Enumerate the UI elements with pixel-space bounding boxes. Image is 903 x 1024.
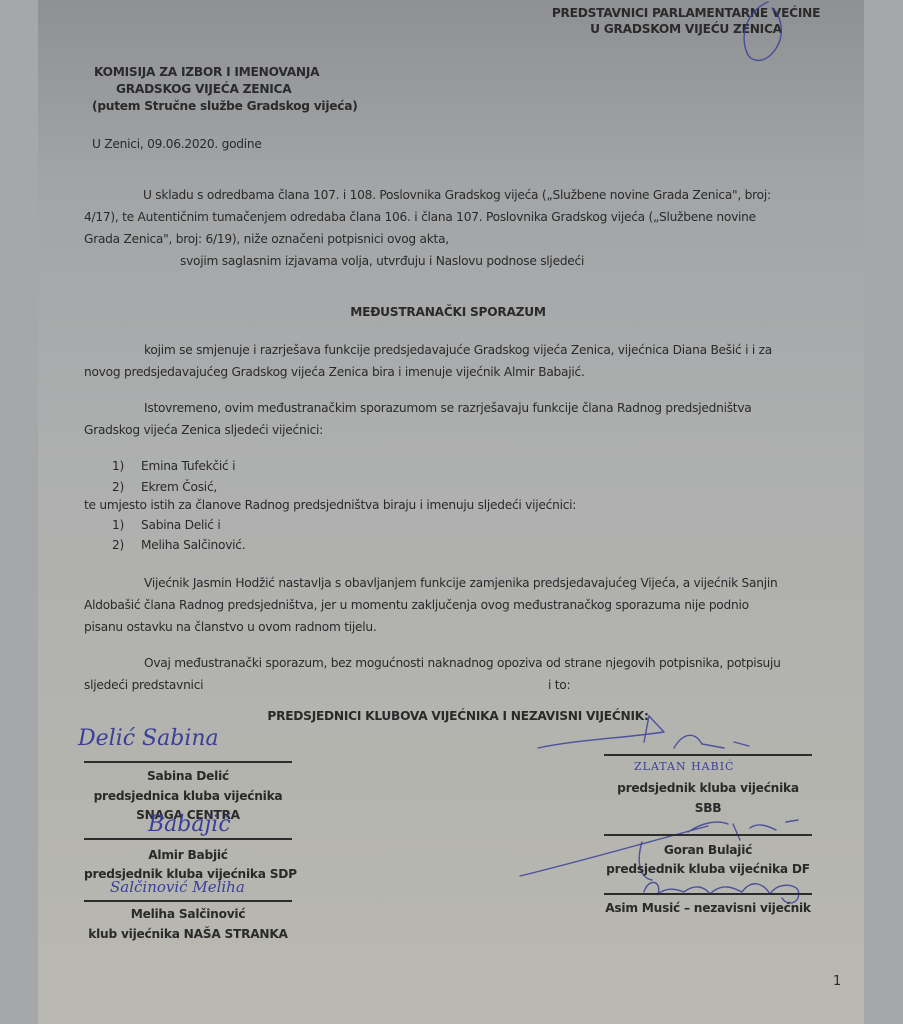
para2-line1: Istovremeno, ovim međustranačkim sporazu… <box>144 400 752 416</box>
para3-line2: Aldobašić člana Radnog predsjedništva, j… <box>84 597 749 613</box>
recipient-line1: KOMISIJA ZA IZBOR I IMENOVANJA <box>94 64 319 80</box>
list-item: Emina Tufekčić i <box>141 458 235 474</box>
signature-line <box>84 838 292 840</box>
header-right-line2: U GRADSKOM VIJEĆU ZENICA <box>536 21 836 37</box>
para2-line2: Gradskog vijeća Zenica sljedeći vijećnic… <box>84 422 323 438</box>
signature-line <box>604 834 812 836</box>
para1-line2: novog predsjedavajućeg Gradskog vijeća Z… <box>84 364 585 380</box>
handwritten-signature: Delić Sabina <box>78 726 219 751</box>
para4-line1: Ovaj međustranački sporazum, bez mogućno… <box>144 655 781 671</box>
document-title: MEĐUSTRANAČKI SPORAZUM <box>278 304 618 320</box>
intro-line4: svojim saglasnim izjavama volja, utvrđuj… <box>180 253 584 269</box>
list-item: Meliha Salčinović. <box>141 537 245 553</box>
list-item-number: 2) <box>112 537 124 553</box>
signatory-role: predsjednik kluba vijećnika <box>594 780 822 796</box>
signature-line <box>604 893 812 895</box>
list-item: Sabina Delić i <box>141 517 221 533</box>
list-item-number: 2) <box>112 479 124 495</box>
para4-line2a: sljedeći predstavnici <box>84 677 203 693</box>
handwritten-signature: Babajić <box>148 812 231 837</box>
list-item: Ekrem Čosić, <box>141 479 217 495</box>
para4-line2b: i to: <box>548 677 570 693</box>
signatory-role: klub vijećnika NAŠA STRANKA <box>84 926 292 942</box>
intro-line3: Grada Zenica", broj: 6/19), niže označen… <box>84 231 449 247</box>
recipient-line3: (putem Stručne službe Gradskog vijeća) <box>92 98 358 114</box>
intro-line1: U skladu s odredbama člana 107. i 108. P… <box>143 187 771 203</box>
signature-line <box>604 754 812 756</box>
handwritten-name: ZLATAN HABIĆ <box>634 760 734 773</box>
signatory-name: Sabina Delić <box>84 768 292 784</box>
recipient-line2: GRADSKOG VIJEĆA ZENICA <box>116 81 291 97</box>
para3-line3: pisanu ostavku na članstvo u ovom radnom… <box>84 619 376 635</box>
para3-line1: Vijećnik Jasmin Hodžić nastavlja s obavl… <box>144 575 777 591</box>
signatory-name: Goran Bulajić <box>594 842 822 858</box>
date-line: U Zenici, 09.06.2020. godine <box>92 136 262 152</box>
para1-line1: kojim se smjenuje i razrješava funkcije … <box>144 342 772 358</box>
signature-line <box>84 900 292 902</box>
handwritten-signature-icon <box>534 712 764 757</box>
signatory-name: Asim Musić – nezavisni vijećnik <box>594 900 822 916</box>
page-number: 1 <box>833 974 841 990</box>
list-item-number: 1) <box>112 517 124 533</box>
header-right-line1: PREDSTAVNICI PARLAMENTARNE VEĆINE <box>536 5 836 21</box>
intro-line2: 4/17), te Autentičnim tumačenjem odredab… <box>84 209 756 225</box>
list-item-number: 1) <box>112 458 124 474</box>
document-page: PREDSTAVNICI PARLAMENTARNE VEĆINE U GRAD… <box>38 0 864 1024</box>
replacement-intro: te umjesto istih za članove Radnog preds… <box>84 497 576 513</box>
signatory-name: Almir Babjić <box>84 847 292 863</box>
signature-line <box>84 761 292 763</box>
signatory-name: Meliha Salčinović <box>84 906 292 922</box>
stamp-scribble-icon <box>728 0 788 70</box>
handwritten-signature: Salčinović Meliha <box>110 878 245 896</box>
signatory-role: predsjednica kluba vijećnika <box>84 788 292 804</box>
